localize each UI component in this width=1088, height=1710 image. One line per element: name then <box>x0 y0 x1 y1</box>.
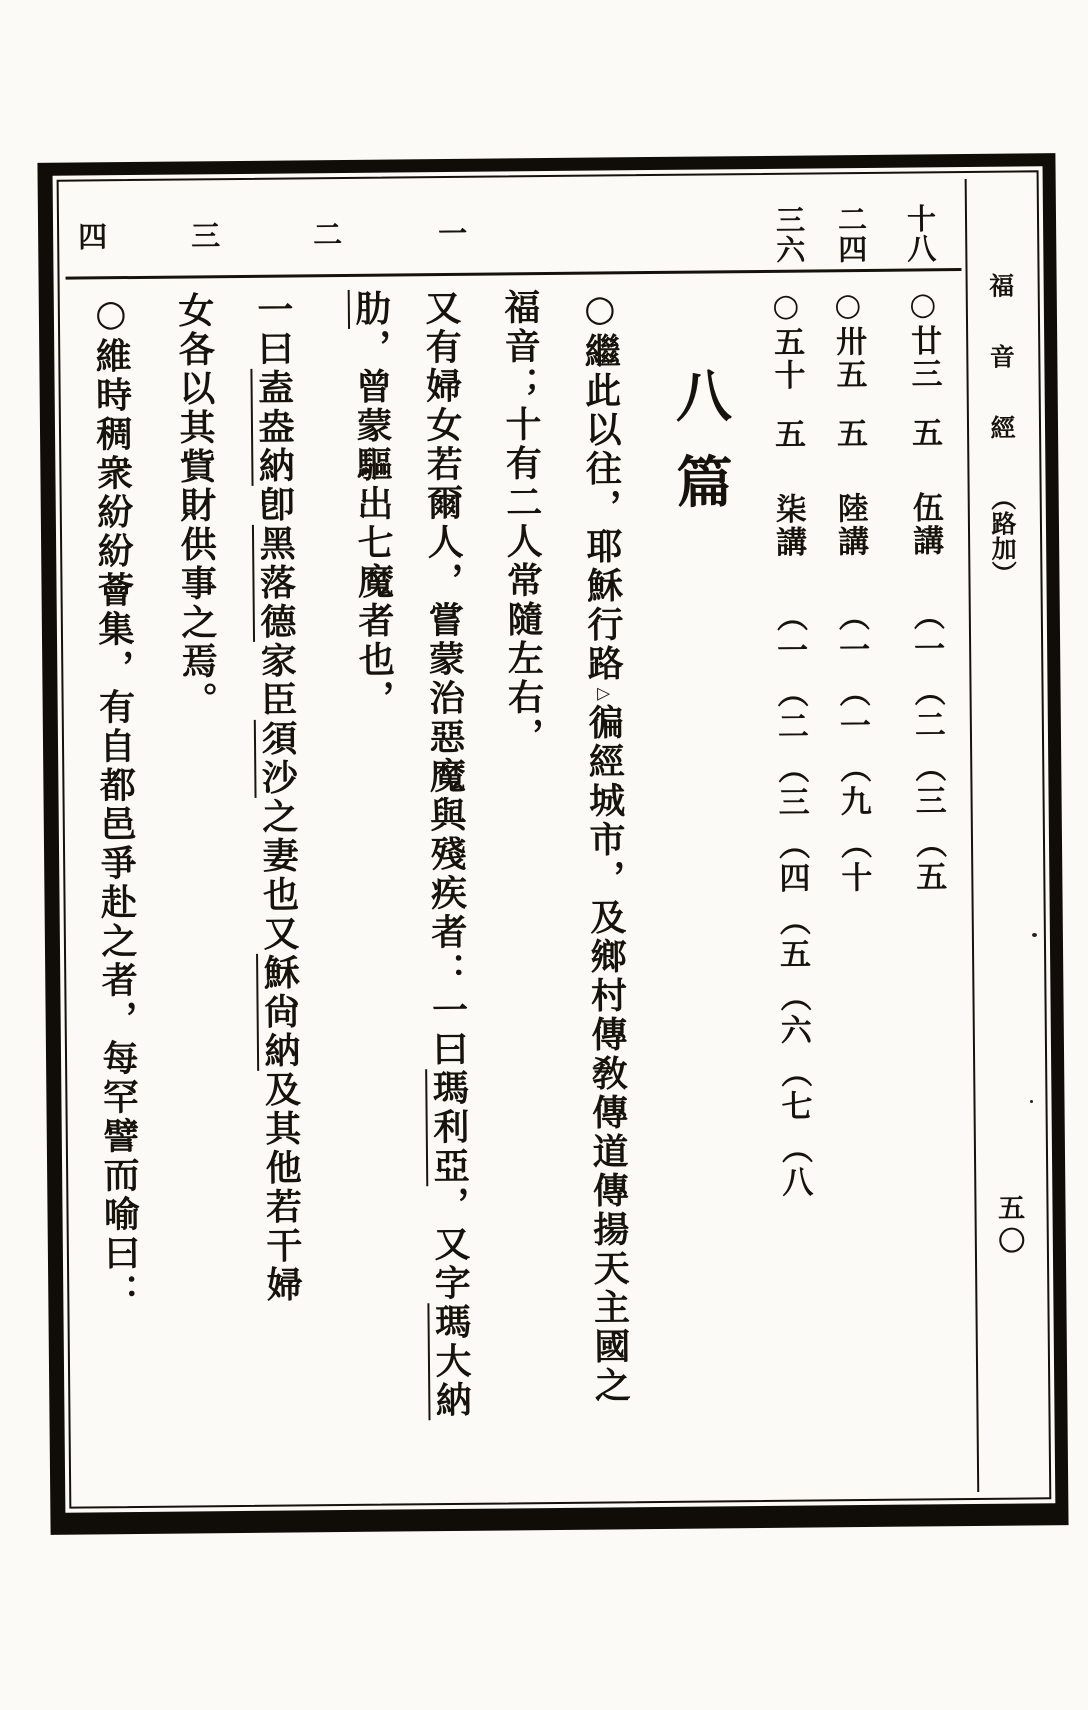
ref-verse: （二 <box>908 675 945 741</box>
book-title-subtitle: （路加） <box>988 486 1018 586</box>
ref-lecture: 陸講 <box>832 492 869 558</box>
paragraph-2-line-1: 又有婦女若爾人，嘗蒙治惡魔與殘疾者：一曰瑪利亞，又字瑪大納 <box>416 289 477 1420</box>
ref-verse: （一 <box>908 599 945 665</box>
paragraph-1-line-1: ○繼此以往，耶穌行路▷徧經城市，及鄉村傳敎傳道傳揚天主國之 <box>575 287 636 1405</box>
scripture-text: ，曾蒙驅出七魔者也， <box>350 329 396 719</box>
ref-mid: 五 <box>906 416 942 449</box>
header-ref-number-36: 三六 <box>769 205 811 265</box>
paragraph-number-2: 二 <box>306 219 347 248</box>
inner-frame-line: 十八 二四 三六 一 二 三 四 ○廿三五伍講（一（二（三（五 ○卅五五 <box>57 170 1052 1508</box>
paragraph-2-line-2: 肋，曾蒙驅出七魔者也， <box>346 289 400 718</box>
scripture-text: 徧經城市，及鄉村傳敎傳道傳揚天主國之 <box>583 703 632 1405</box>
page-number: 五〇 <box>989 1193 1029 1259</box>
header-band: 十八 二四 三六 一 二 三 四 <box>65 179 962 280</box>
ref-verse: （五 <box>774 905 811 971</box>
ink-speck <box>1030 1100 1033 1103</box>
scanned-book-page: 十八 二四 三六 一 二 三 四 ○廿三五伍講（一（二（三（五 ○卅五五 <box>0 0 1088 1710</box>
text-columns: ○廿三五伍講（一（二（三（五 ○卅五五陸講（一（一（九（十 ○五十五柒講（一（二… <box>66 274 974 1501</box>
scripture-text: 之妻也又 <box>257 797 300 953</box>
ref-verse: （三 <box>772 753 809 819</box>
paragraph-number-1: 一 <box>431 218 472 247</box>
scripture-text: 卽 <box>254 485 296 524</box>
ref-head: ○廿三 <box>905 286 942 390</box>
paragraph-number-3: 三 <box>184 220 225 249</box>
ref-lecture: 柒講 <box>770 493 807 559</box>
page-content: 十八 二四 三六 一 二 三 四 ○廿三五伍講（一（二（三（五 ○卅五五 <box>65 178 1044 1500</box>
header-ref-number-24: 二四 <box>831 204 873 264</box>
ref-verse: （一 <box>771 601 808 667</box>
book-title-main: 福音經 <box>986 273 1017 486</box>
proper-noun-magdala-cont: 肋 <box>348 290 392 329</box>
margin-strip: 福音經（路加） 五〇 <box>965 178 1044 1492</box>
ref-verse: （十 <box>835 828 872 894</box>
scripture-text: 家臣 <box>255 641 298 719</box>
ref-verse: （七 <box>775 1057 812 1123</box>
reference-column-3: ○五十五柒講（一（二（三（四（五（六（七（八 <box>764 288 817 1199</box>
scripture-text: 一曰 <box>252 290 295 368</box>
paragraph-3-line-1: 一曰盍盎納卽黑落德家臣須沙之妻也又穌尙納及其他若干婦 <box>248 290 308 1304</box>
proper-noun-herod: 黑落德 <box>252 524 297 641</box>
paragraph-4-line-1: ○維時稠衆紛紛薈集，有自都邑爭赴之者，每罕譬而喻曰： <box>86 292 146 1312</box>
ref-verse: （五 <box>910 827 947 893</box>
proper-noun-chuza: 須沙 <box>254 719 299 797</box>
ref-lecture: 伍講 <box>907 491 944 557</box>
main-text-area: 十八 二四 三六 一 二 三 四 ○廿三五伍講（一（二（三（五 ○卅五五 <box>65 179 974 1501</box>
proper-noun-joanna: 盍盎納 <box>250 368 295 485</box>
scripture-text: 及其他若干婦 <box>259 1070 303 1304</box>
header-ref-number-18: 十八 <box>900 203 942 263</box>
proper-noun-magdala: 瑪大納 <box>427 1303 472 1420</box>
paragraph-3-line-2: 女各以其貲財供事之焉。 <box>169 291 223 720</box>
paragraph-number-4: 四 <box>71 221 112 250</box>
proper-noun-mary: 瑪利亞 <box>425 1069 470 1186</box>
ref-mid: 五 <box>769 418 805 451</box>
scripture-text: ，又字 <box>428 1186 471 1303</box>
proper-noun-susanna: 穌尙納 <box>256 953 301 1070</box>
book-title: 福音經（路加） <box>982 273 1021 586</box>
ref-verse: （三 <box>909 751 946 817</box>
ref-verse: （一 <box>833 676 870 742</box>
ref-verse: （九 <box>834 752 871 818</box>
ref-verse: （六 <box>774 981 811 1047</box>
ink-speck <box>1032 933 1037 937</box>
reference-column-2: ○卅五五陸講（一（一（九（十 <box>826 287 876 894</box>
triangle-annotation-mark: ▷ <box>593 683 613 703</box>
scripture-text: ○繼此以往，耶穌行路 <box>579 287 625 683</box>
scripture-text: 又有婦女若爾人，嘗蒙治惡魔與殘疾者：一曰 <box>420 289 469 1069</box>
reference-column-1: ○廿三五伍講（一（二（三（五 <box>901 286 951 893</box>
ref-head: ○卅五 <box>830 287 867 391</box>
chapter-title: 八篇 <box>667 366 733 539</box>
ref-verse: （四 <box>773 829 810 895</box>
ref-verse: （一 <box>833 600 870 666</box>
ref-verse: （二 <box>771 677 808 743</box>
ref-head: ○五十 <box>768 288 805 392</box>
page-frame: 十八 二四 三六 一 二 三 四 ○廿三五伍講（一（二（三（五 ○卅五五 <box>37 153 1068 1535</box>
paragraph-1-line-2: 福音；十有二人常隨左右， <box>495 288 549 756</box>
ref-verse: （八 <box>776 1133 813 1199</box>
ref-mid: 五 <box>831 417 867 450</box>
